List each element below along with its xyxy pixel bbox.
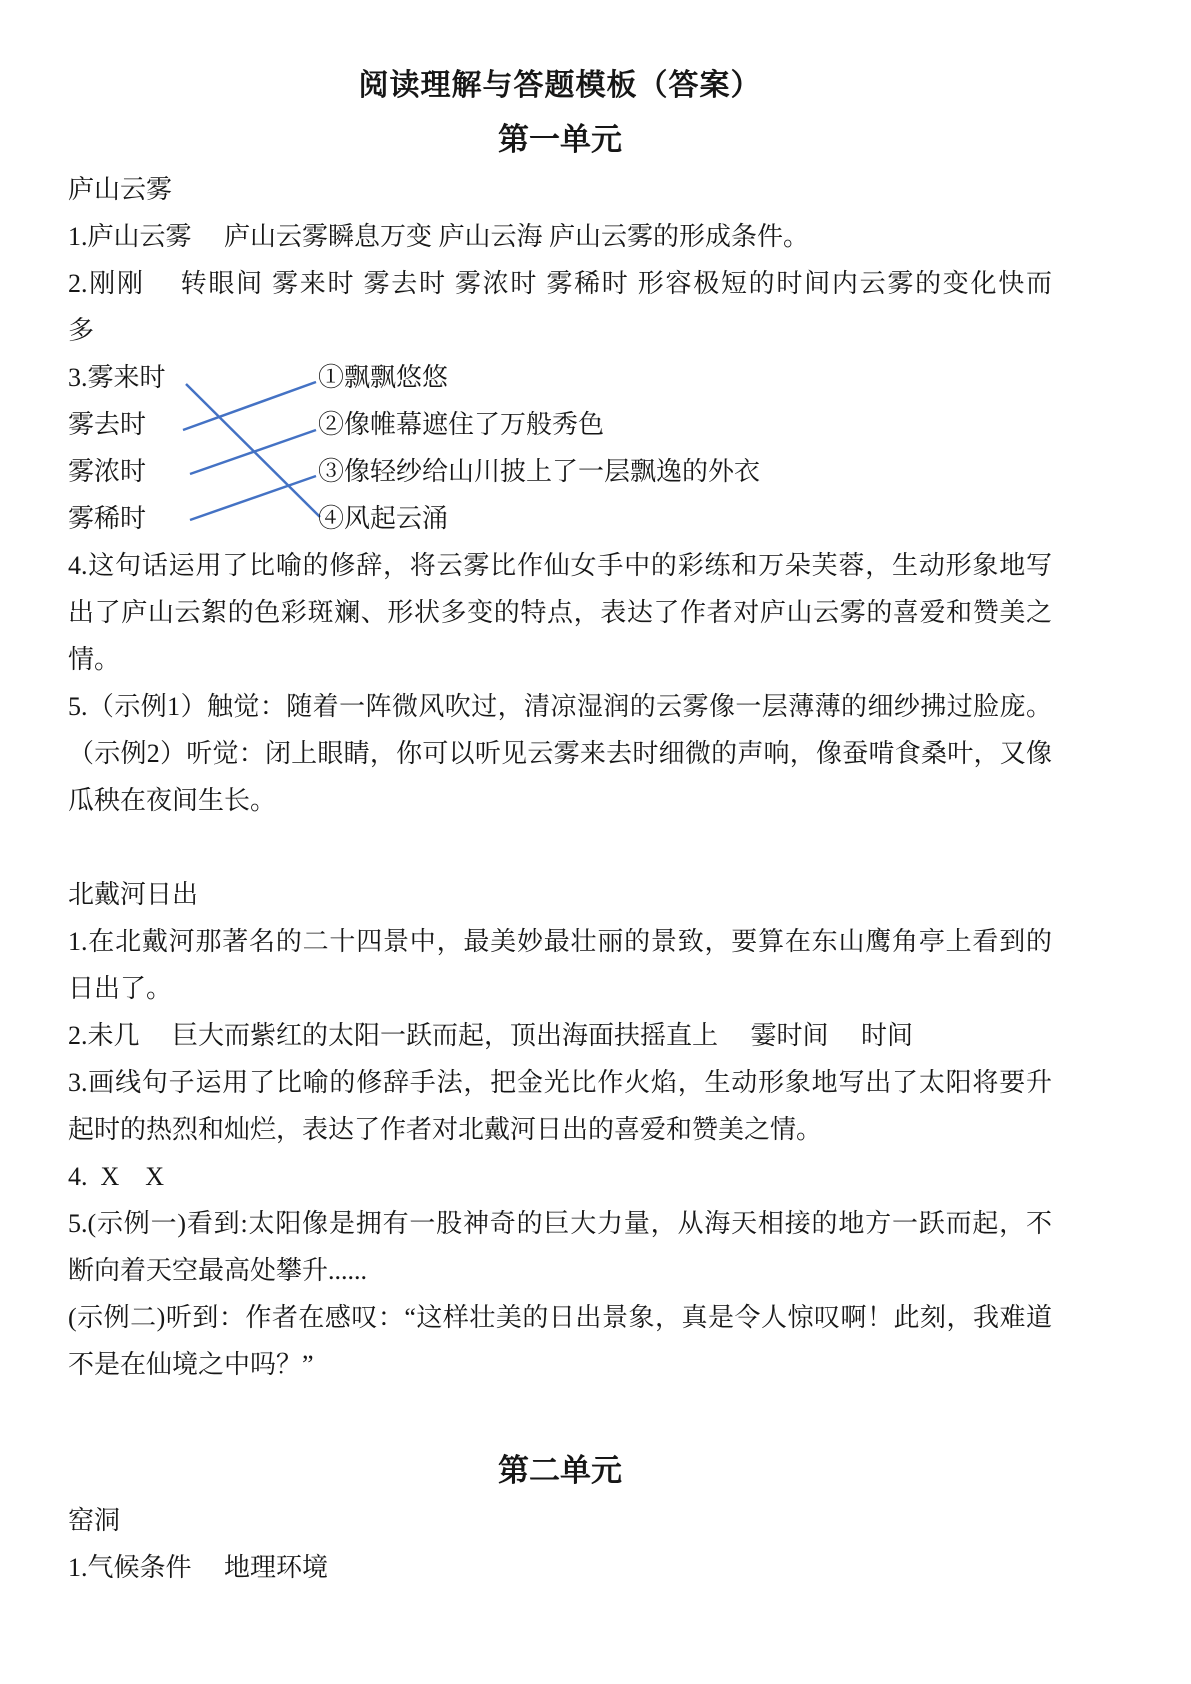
text-line: （示例2）听觉：闭上眼睛，你可以听见云雾来去时细微的声响，像蚕啃食桑叶，又像 <box>68 730 1052 777</box>
match-left-item: 雾浓时 <box>68 448 146 495</box>
blank-line <box>68 824 1052 871</box>
match-right-item: ④风起云涌 <box>318 495 448 542</box>
text-line: 4. X X <box>68 1153 1052 1200</box>
match-line-wuxi-to-3 <box>190 476 316 520</box>
match-right-item: ②像帷幕遮住了万般秀色 <box>318 401 604 448</box>
text-line: (示例二)听到：作者在感叹：“这样壮美的日出景象，真是令人惊叹啊！此刻，我难道 <box>68 1294 1052 1341</box>
text-line: 起时的热烈和灿烂，表达了作者对北戴河日出的喜爱和赞美之情。 <box>68 1106 1052 1153</box>
document-title: 阅读理解与答题模板（答案） <box>68 64 1052 108</box>
lushan-answer-1: 1.庐山云雾 庐山云雾瞬息万变 庐山云海 庐山云雾的形成条件。 <box>68 213 1052 260</box>
text-line: 瓜秧在夜间生长。 <box>68 777 1052 824</box>
match-line-wunong-to-2 <box>190 430 316 474</box>
document-content: 阅读理解与答题模板（答案） 第一单元 庐山云雾 1.庐山云雾 庐山云雾瞬息万变 … <box>68 64 1052 1591</box>
beidaihe-answer-3: 3.画线句子运用了比喻的修辞手法，把金光比作火焰，生动形象地写出了太阳将要升 起… <box>68 1059 1052 1153</box>
unit2-heading: 第二单元 <box>68 1445 1052 1497</box>
beidaihe-answer-1: 1.在北戴河那著名的二十四景中，最美妙最壮丽的景致，要算在东山鹰角亭上看到的 日… <box>68 918 1052 1012</box>
text-line: 1.庐山云雾 庐山云雾瞬息万变 庐山云海 庐山云雾的形成条件。 <box>68 213 1052 260</box>
match-right-item: ③像轻纱给山川披上了一层飘逸的外衣 <box>318 448 760 495</box>
text-line: 情。 <box>68 636 1052 683</box>
text-line: 日出了。 <box>68 965 1052 1012</box>
text-line: 3.画线句子运用了比喻的修辞手法，把金光比作火焰，生动形象地写出了太阳将要升 <box>68 1059 1052 1106</box>
beidaihe-answer-5: 5.(示例一)看到:太阳像是拥有一股神奇的巨大力量，从海天相接的地方一跃而起，不… <box>68 1200 1052 1294</box>
match-left-item: 雾稀时 <box>68 495 146 542</box>
text-line: 出了庐山云絮的色彩斑斓、形状多变的特点，表达了作者对庐山云雾的喜爱和赞美之 <box>68 589 1052 636</box>
lushan-answer-2: 2.刚刚 转眼间 雾来时 雾去时 雾浓时 雾稀时 形容极短的时间内云雾的变化快而… <box>68 260 1052 354</box>
passage-title-beidaihe: 北戴河日出 <box>68 871 1052 918</box>
document-page: 阅读理解与答题模板（答案） 第一单元 庐山云雾 1.庐山云雾 庐山云雾瞬息万变 … <box>0 0 1191 1684</box>
match-line-walai-to-4 <box>186 384 320 517</box>
lushan-answer-3-matching-exercise: 3.雾来时 雾去时 雾浓时 雾稀时 ①飘飘悠悠 ②像帷幕遮住了万般秀色 ③像轻纱… <box>68 354 1052 542</box>
text-line: 4.这句话运用了比喻的修辞，将云雾比作仙女手中的彩练和万朵芙蓉，生动形象地写 <box>68 542 1052 589</box>
beidaihe-answer-2: 2.未几 巨大而紫红的太阳一跃而起，顶出海面扶摇直上 霎时间 时间 <box>68 1012 1052 1059</box>
text-line: 多 <box>68 307 1052 354</box>
beidaihe-answer-5-example2: (示例二)听到：作者在感叹：“这样壮美的日出景象，真是令人惊叹啊！此刻，我难道 … <box>68 1294 1052 1388</box>
text-line: 不是在仙境之中吗？” <box>68 1341 1052 1388</box>
yaodong-answer-1: 1.气候条件 地理环境 <box>68 1544 1052 1591</box>
match-left-item: 雾去时 <box>68 401 146 448</box>
passage-title-yaodong: 窑洞 <box>68 1497 1052 1544</box>
match-line-wuqu-to-1 <box>183 382 316 430</box>
beidaihe-answer-4: 4. X X <box>68 1153 1052 1200</box>
lushan-answer-5: 5.（示例1）触觉：随着一阵微风吹过，清凉湿润的云雾像一层薄薄的细纱拂过脸庞。 … <box>68 683 1052 824</box>
passage-title-lushan: 庐山云雾 <box>68 166 1052 213</box>
text-line: 1.在北戴河那著名的二十四景中，最美妙最壮丽的景致，要算在东山鹰角亭上看到的 <box>68 918 1052 965</box>
blank-line <box>68 1388 1052 1435</box>
match-right-item: ①飘飘悠悠 <box>318 354 448 401</box>
match-left-item: 3.雾来时 <box>68 354 166 401</box>
text-line: 5.(示例一)看到:太阳像是拥有一股神奇的巨大力量，从海天相接的地方一跃而起，不 <box>68 1200 1052 1247</box>
unit1-heading: 第一单元 <box>68 114 1052 166</box>
text-line: 断向着天空最高处攀升...... <box>68 1247 1052 1294</box>
lushan-answer-4: 4.这句话运用了比喻的修辞，将云雾比作仙女手中的彩练和万朵芙蓉，生动形象地写 出… <box>68 542 1052 683</box>
text-line: 2.未几 巨大而紫红的太阳一跃而起，顶出海面扶摇直上 霎时间 时间 <box>68 1012 1052 1059</box>
text-line: 5.（示例1）触觉：随着一阵微风吹过，清凉湿润的云雾像一层薄薄的细纱拂过脸庞。 <box>68 683 1052 730</box>
text-line: 2.刚刚 转眼间 雾来时 雾去时 雾浓时 雾稀时 形容极短的时间内云雾的变化快而 <box>68 260 1052 307</box>
text-line: 1.气候条件 地理环境 <box>68 1544 1052 1591</box>
